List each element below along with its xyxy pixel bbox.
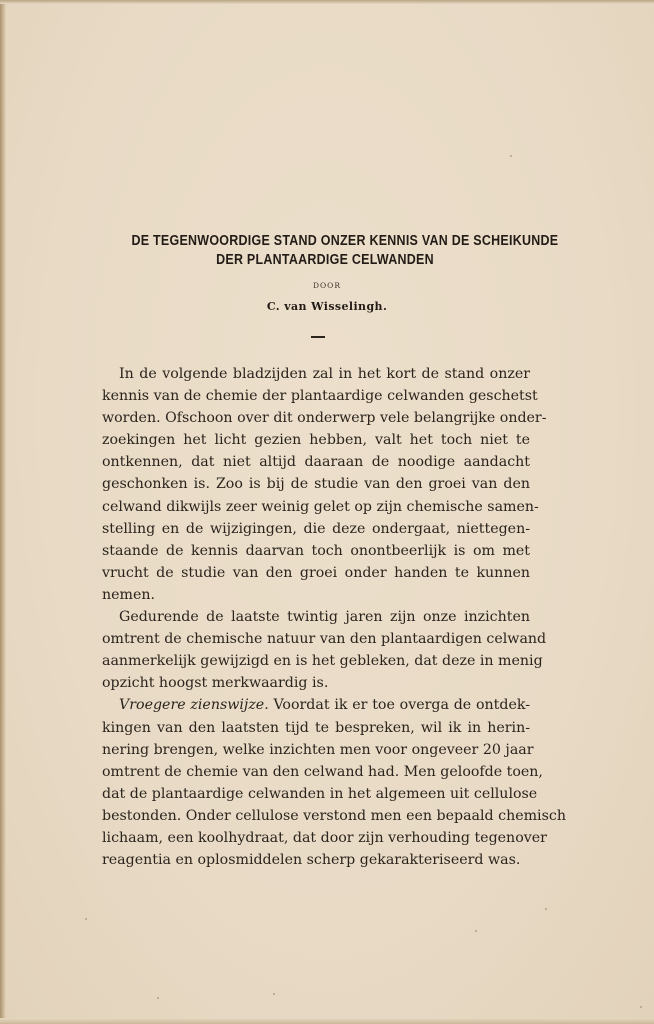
article-title: DE TEGENWOORDIGE STAND ONZER KENNIS VAN … [132, 232, 519, 270]
paper-speck [273, 993, 275, 995]
text-line: kennis van de chemie der plantaardige ce… [102, 385, 530, 407]
text-line: aanmerkelijk gewijzigd en is het gebleke… [102, 650, 530, 672]
text-fragment: Voordat ik er toe overga de ontdek- [269, 697, 530, 713]
text-line: Gedurende de laatste twintig jaren zijn … [102, 606, 530, 628]
text-line: reagentia en oplosmiddelen scherp gekara… [102, 849, 530, 871]
text-line: worden. Ofschoon over dit onderwerp vele… [102, 407, 530, 429]
scanned-page: DE TEGENWOORDIGE STAND ONZER KENNIS VAN … [0, 0, 654, 1024]
text-line: opzicht hoogst merkwaardig is. [102, 672, 530, 694]
text-line: zoekingen het licht gezien hebben, valt … [102, 429, 530, 451]
byline-label: DOOR [0, 281, 654, 290]
text-line: bestonden. Onder cellulose verstond men … [102, 805, 530, 827]
text-line: nering brengen, welke inzichten men voor… [102, 739, 530, 761]
title-divider [311, 336, 325, 338]
page-bottom-edge [0, 1018, 654, 1024]
paper-speck [545, 908, 547, 910]
section-heading-italic: Vroegere zienswijze. [119, 697, 269, 713]
title-line-1: DE TEGENWOORDIGE STAND ONZER KENNIS VAN … [132, 232, 519, 251]
text-line: ontkennen, dat niet altijd daaraan de no… [102, 451, 530, 473]
text-line: geschonken is. Zoo is bij de studie van … [102, 473, 530, 495]
text-line: omtrent de chemie van den celwand had. M… [102, 761, 530, 783]
article-body: In de volgende bladzijden zal in het kor… [102, 363, 530, 871]
paper-speck [85, 918, 87, 920]
text-line: In de volgende bladzijden zal in het kor… [102, 363, 530, 385]
paper-speck [640, 1006, 642, 1008]
text-line-with-italic-lead: Vroegere zienswijze. Voordat ik er toe o… [102, 694, 530, 716]
text-line: omtrent de chemische natuur van den plan… [102, 628, 530, 650]
text-line: nemen. [102, 584, 530, 606]
paper-speck [475, 930, 477, 932]
paper-speck [157, 997, 159, 999]
paper-speck [510, 155, 512, 157]
text-line: celwand dikwijls zeer weinig gelet op zi… [102, 496, 530, 518]
title-line-2: DER PLANTAARDIGE CELWANDEN [132, 251, 519, 270]
text-line: staande de kennis daarvan toch onontbeer… [102, 540, 530, 562]
text-line: vrucht de studie van den groei onder han… [102, 562, 530, 584]
text-line: dat de plantaardige celwanden in het alg… [102, 783, 530, 805]
text-line: stelling en de wijzigingen, die deze ond… [102, 518, 530, 540]
author-name: C. van Wisselingh. [0, 300, 654, 313]
text-line: kingen van den laatsten tijd te bespreke… [102, 717, 530, 739]
text-line: lichaam, een koolhydraat, dat door zijn … [102, 827, 530, 849]
page-top-edge [0, 0, 654, 4]
page-left-edge [0, 0, 6, 1024]
